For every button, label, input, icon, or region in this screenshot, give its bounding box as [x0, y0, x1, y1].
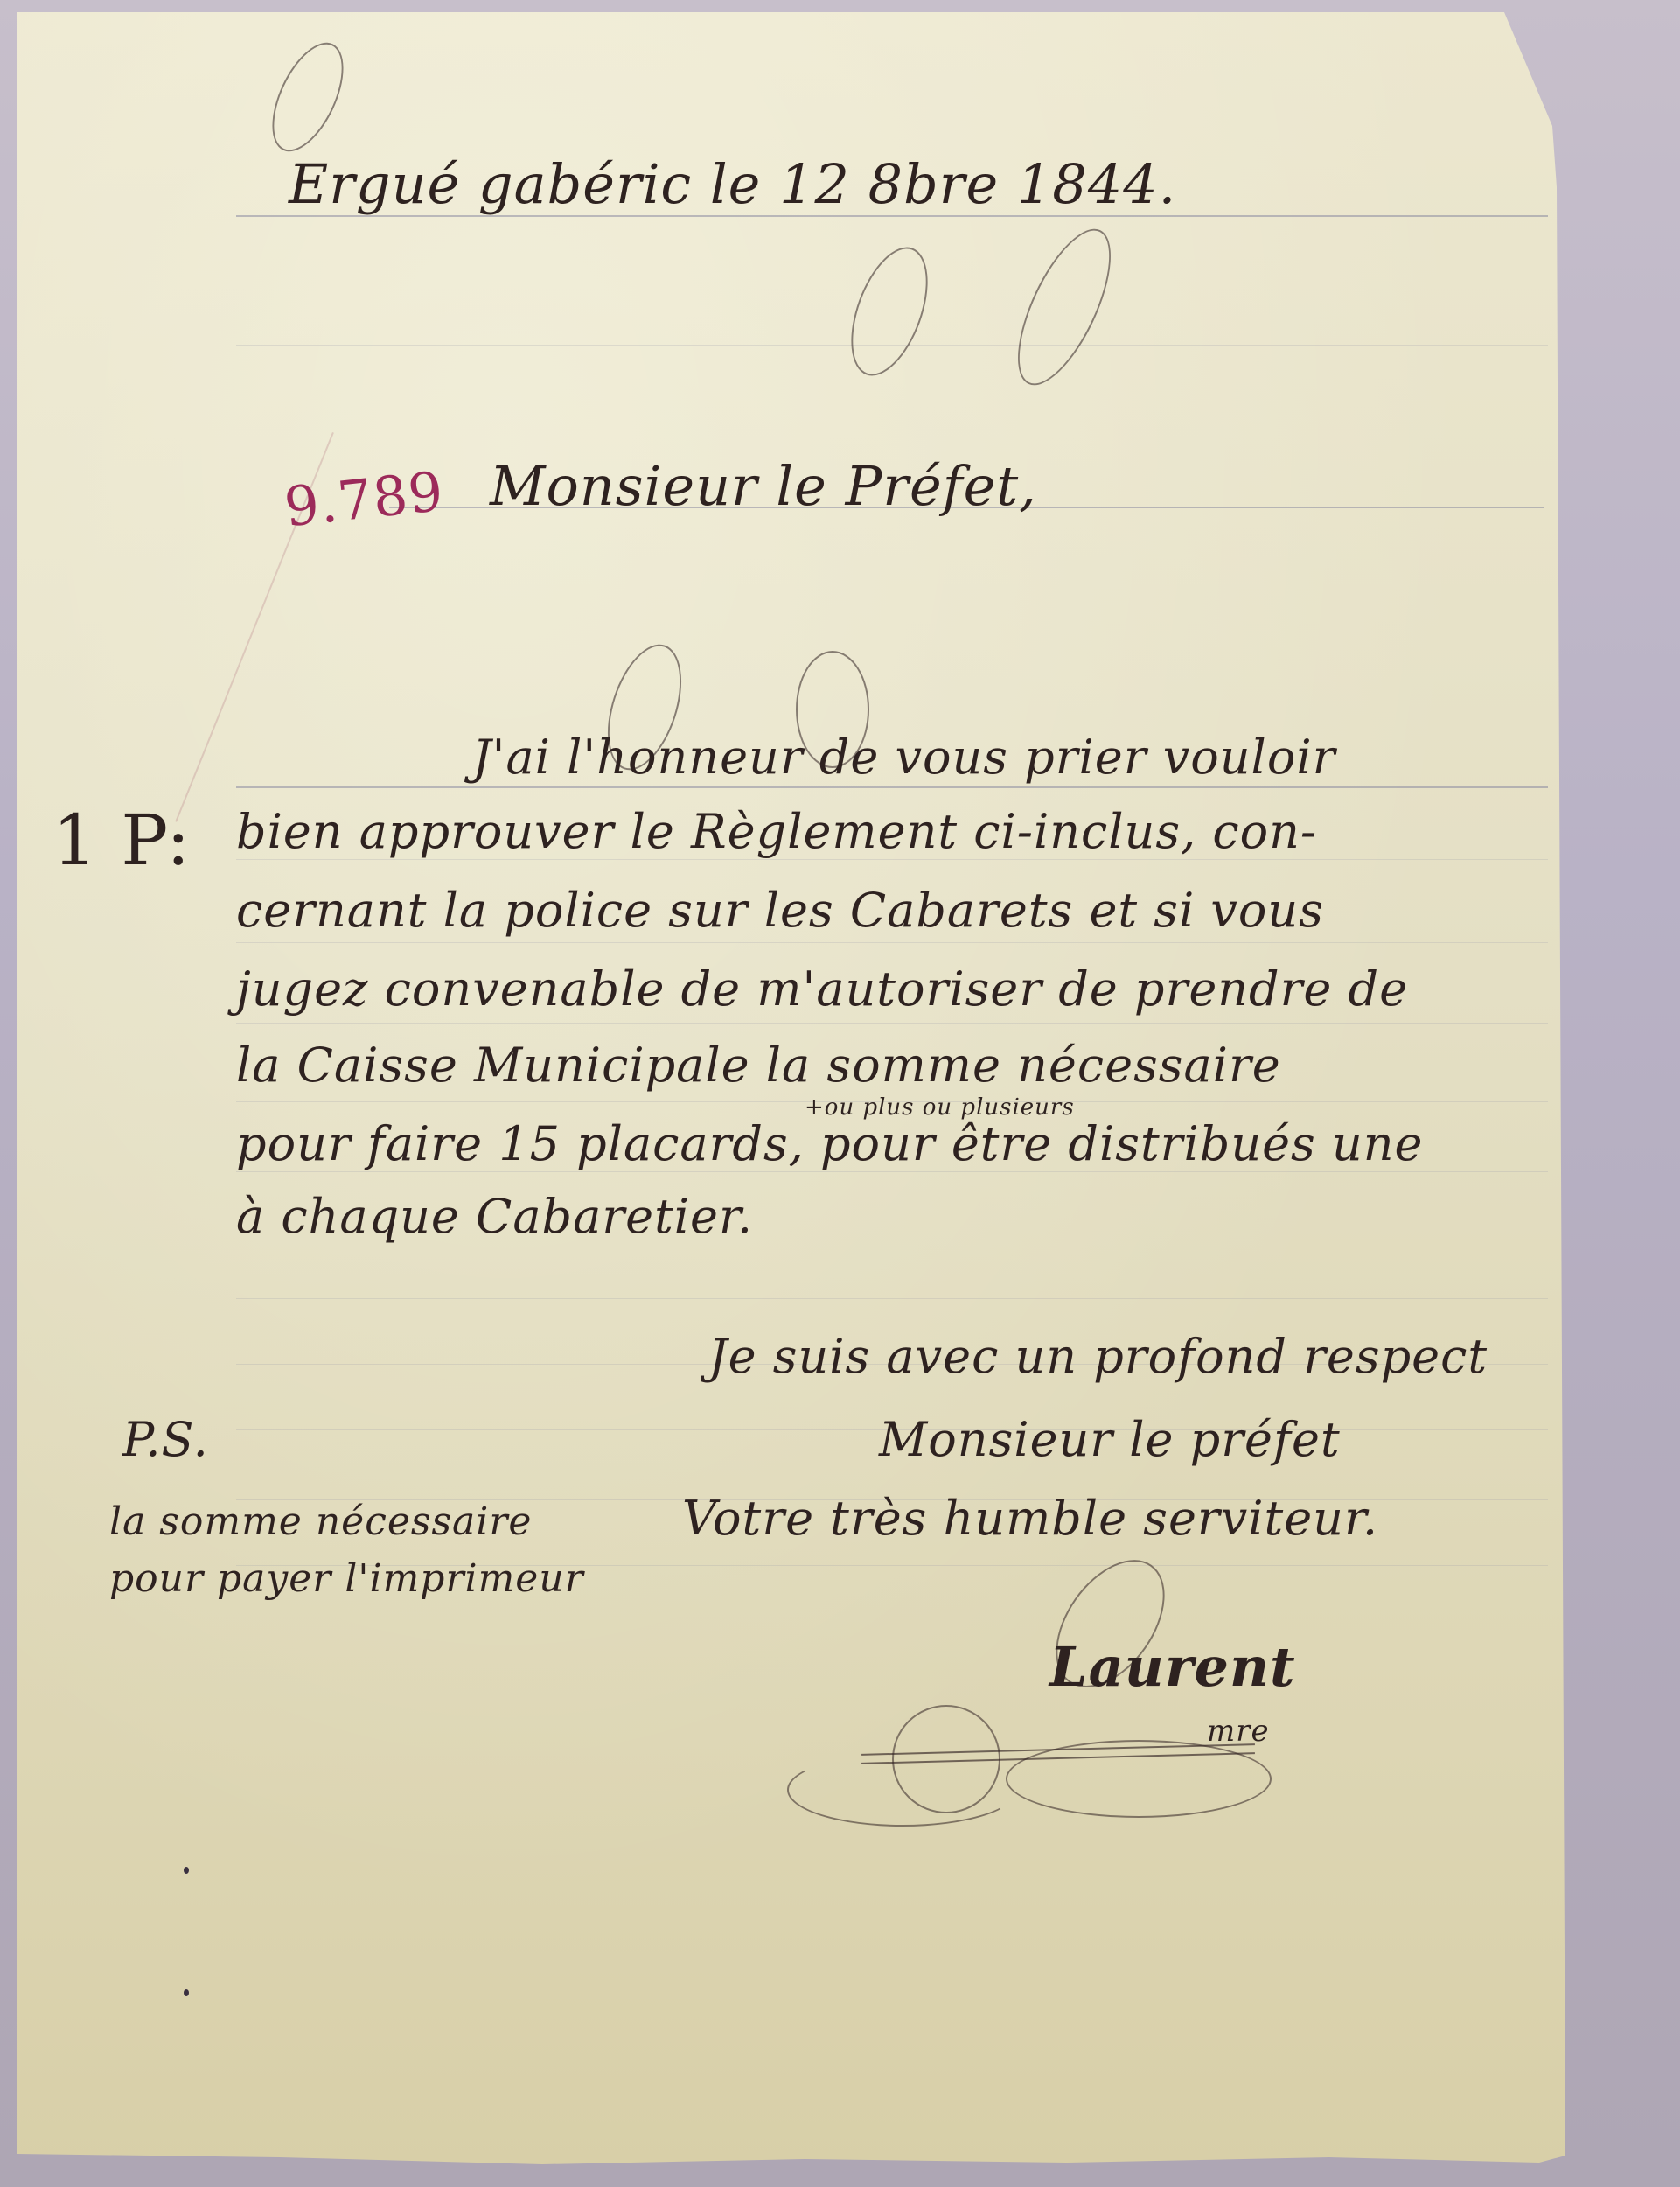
body-line-7: à chaque Cabaretier.: [236, 1189, 753, 1244]
signature-swash: [787, 1753, 1018, 1827]
postscript-label: P.S.: [122, 1412, 209, 1467]
signature-name: Laurent: [1049, 1635, 1296, 1699]
body-line-3: cernant la police sur les Cabarets et si…: [236, 883, 1324, 938]
body-line-5: la Caisse Municipale la somme nécessaire: [236, 1038, 1281, 1093]
salutation: Monsieur le Préfet,: [490, 454, 1037, 518]
ruled-line: [236, 786, 1548, 788]
ruled-line: [236, 1171, 1548, 1172]
postscript-line-2: pour payer l'imprimeur: [109, 1556, 584, 1601]
archive-number: 9.789: [282, 459, 447, 540]
capital-flourish: [836, 237, 943, 386]
binding-hole: [184, 1867, 189, 1874]
ruled-line: [236, 660, 1548, 660]
ruled-line: [236, 1298, 1548, 1299]
binding-hole: [184, 1989, 189, 1996]
signature-loop: [1006, 1740, 1272, 1818]
body-line-2: bien approuver le Règlement ci-inclus, c…: [236, 804, 1317, 859]
body-line-1: J'ai l'honneur de vous prier vouloir: [472, 730, 1335, 785]
letter-sheet: Ergué gabéric le 12 8bre 1844. 9.789 Mon…: [17, 12, 1644, 2169]
ruled-line: [236, 1023, 1548, 1024]
ruled-line: [236, 942, 1548, 943]
place-date-line: Ergué gabéric le 12 8bre 1844.: [289, 152, 1176, 216]
capital-flourish: [999, 216, 1129, 397]
margin-note-1p: 1 P:: [52, 800, 191, 881]
capital-flourish: [258, 32, 359, 162]
body-line-4: jugez convenable de m'autoriser de prend…: [236, 961, 1408, 1017]
closing-line-1: Je suis avec un profond respect: [708, 1329, 1488, 1384]
ruled-line: [236, 859, 1548, 860]
closing-line-3: Votre très humble serviteur.: [682, 1491, 1378, 1546]
body-line-6: pour faire 15 placards, pour être distri…: [236, 1116, 1423, 1171]
postscript-line-1: la somme nécessaire: [109, 1499, 532, 1544]
closing-line-2: Monsieur le préfet: [879, 1412, 1341, 1467]
